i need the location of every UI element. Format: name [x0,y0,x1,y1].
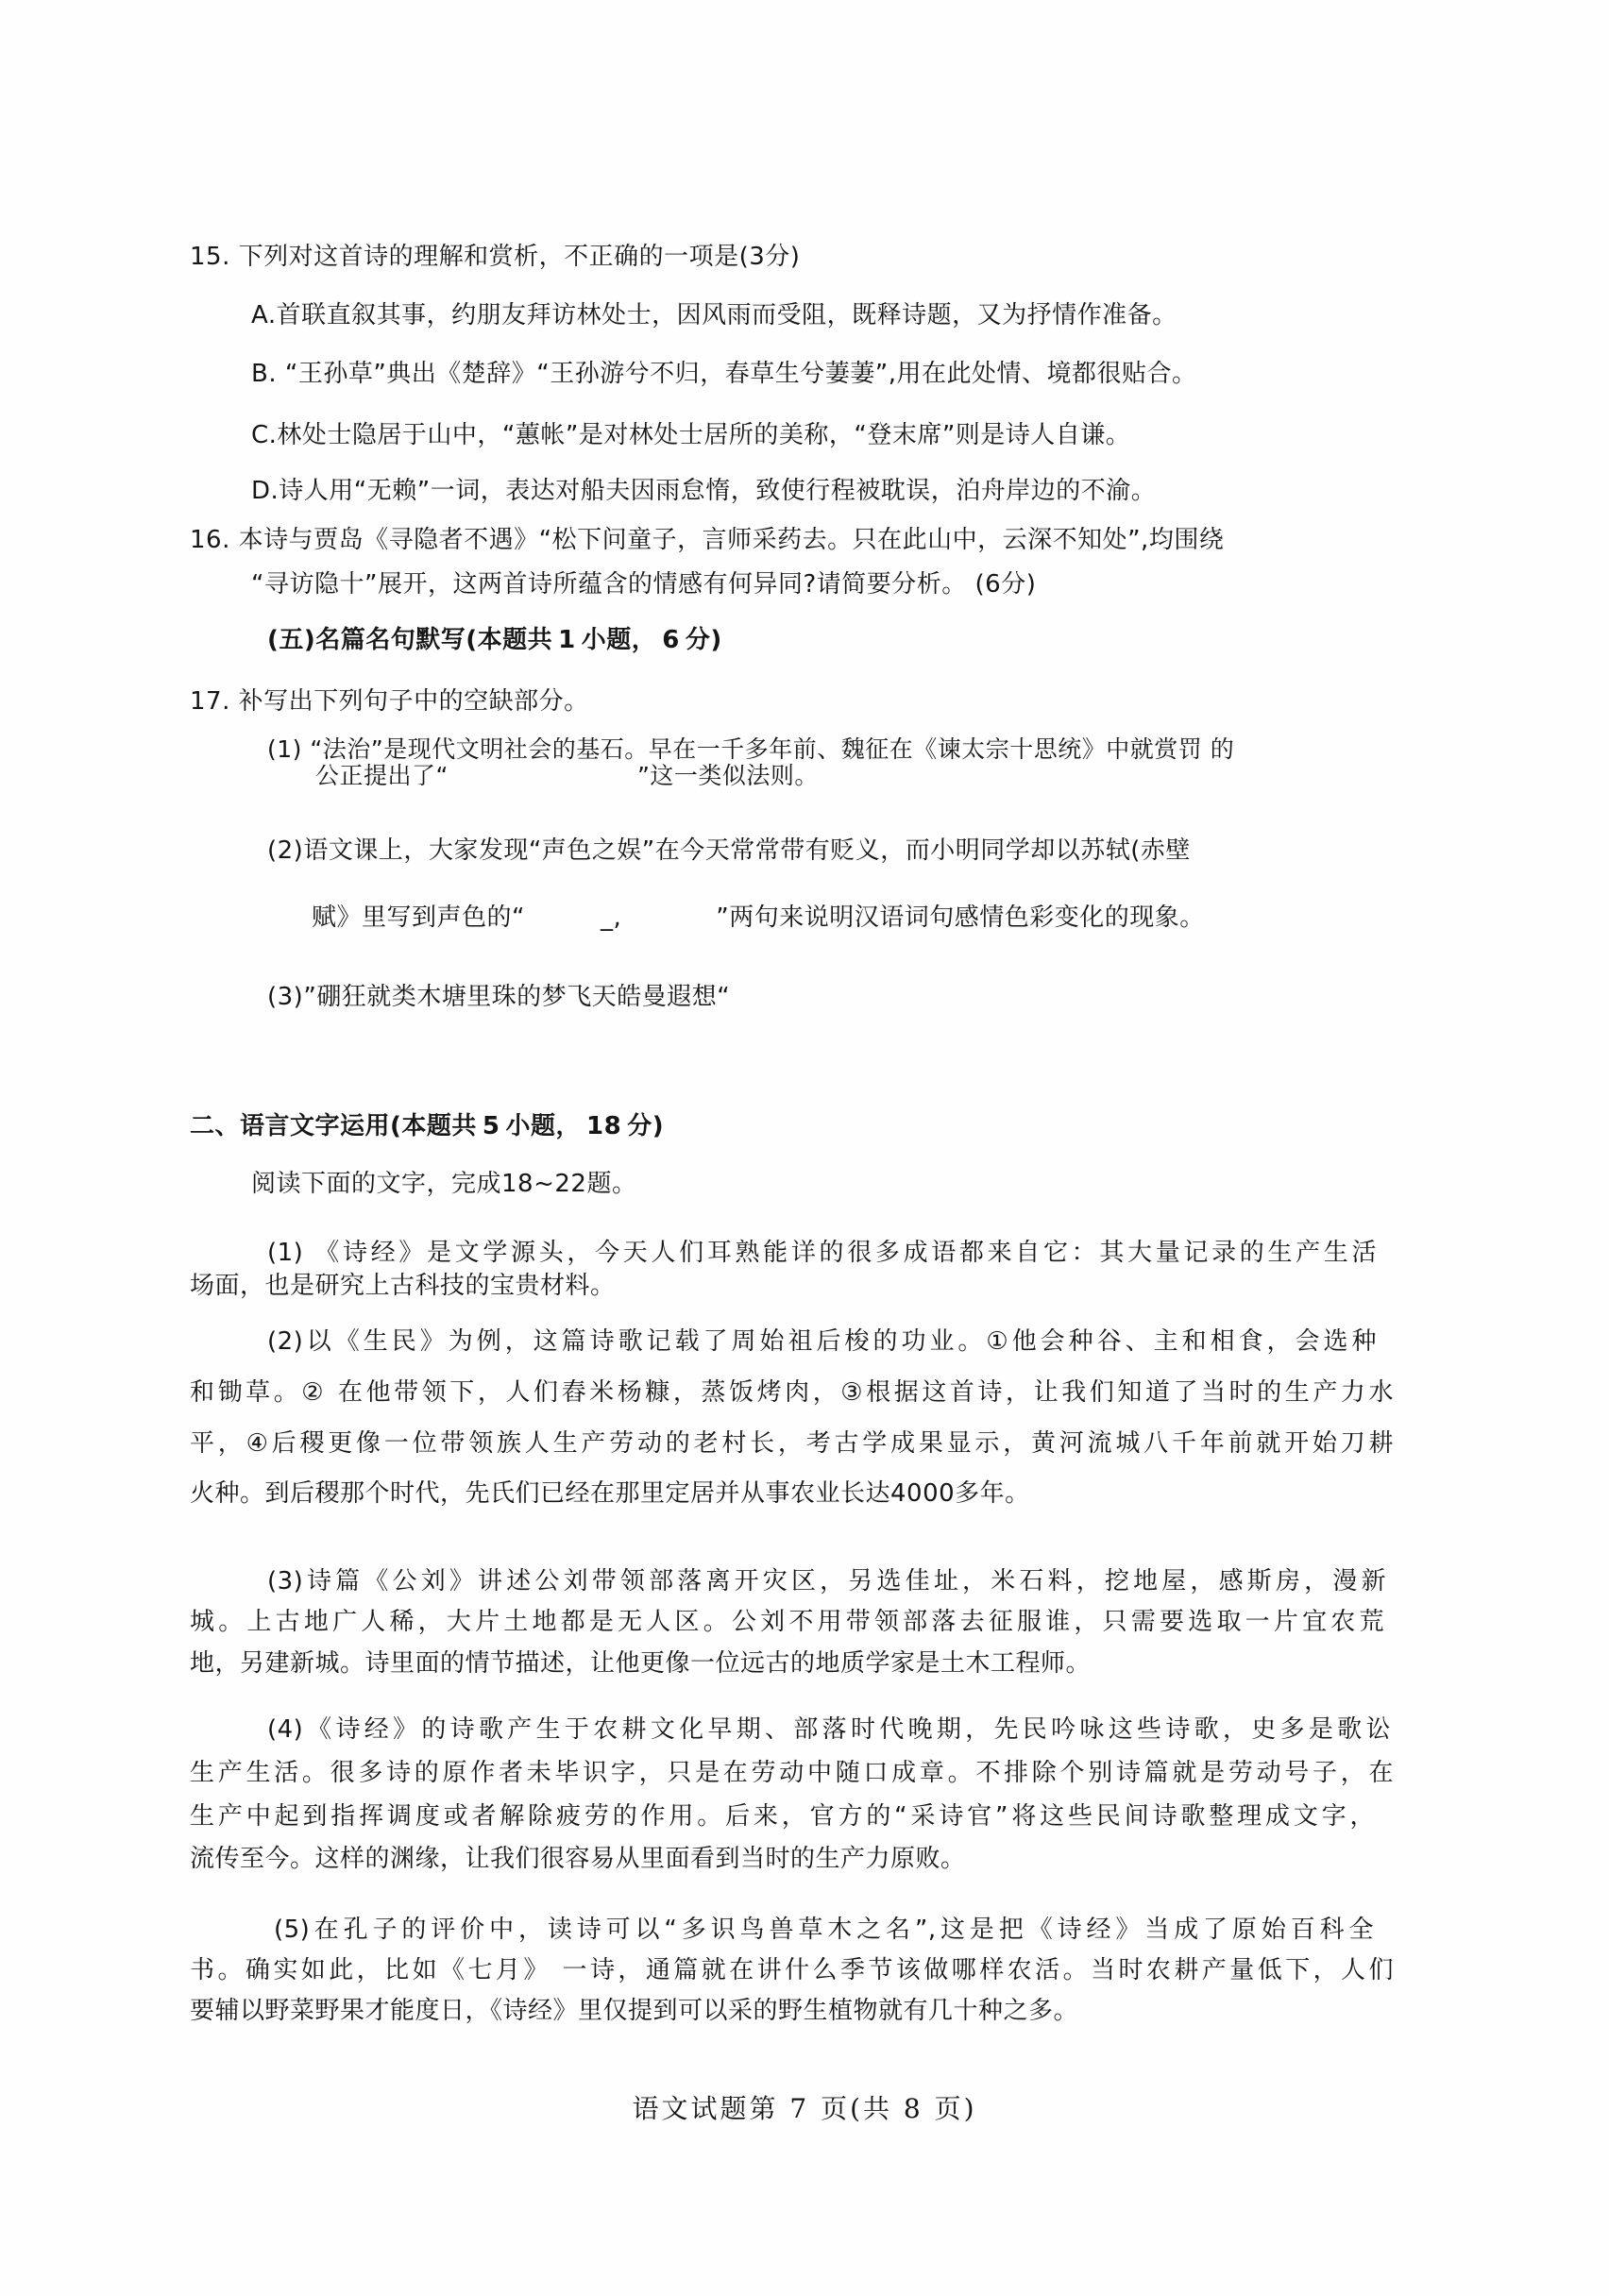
passage-p2-line-1: (2)以《生民》为例，这篇诗歌记载了周始祖后梭的功业。①他会种谷、主和相食，会选… [267,1326,1377,1357]
q15-stem: 15. 下列对这首诗的理解和赏析，不正确的一项是(3分) [190,242,800,272]
section-2-count: 5 [483,1112,500,1140]
passage-p1-line-2: 场面，也是研究上古科技的宝贵材料。 [190,1271,616,1301]
passage-p4-line-1: (4)《诗经》的诗歌产生于农耕文化早期、部落时代晚期，先民吟咏这些诗歌，史多是歌… [267,1714,1391,1745]
q17-part-2-separator: _, [601,903,621,932]
section-2-suffix: 分) [627,1112,664,1140]
q17-part-3: (3)”硼狂就类木塘里珠的梦飞天皓曼遐想“ [267,982,730,1012]
q15-option-c: C.林处士隐居于山中，“蕙帐”是对林处士居所的美称，“登末席”则是诗人自谦。 [251,420,1130,450]
passage-p2-line-2: 和锄草。② 在他带领下，人们舂米杨糠，蒸饭烤肉，③根据这首诗，让我们知道了当时的… [190,1377,1394,1408]
q15-option-d: D.诗人用“无赖”一词，表达对船夫因雨怠惰，致使行程被耽误，泊舟岸边的不渝。 [251,476,1156,506]
q16-line-1: 16. 本诗与贾岛《寻隐者不遇》“松下问童子，言师采药去。只在此山中，云深不知处… [190,525,1224,555]
q15-option-b: B. “王孙草”典出《楚辞》“王孙游兮不归，春草生兮萋萋”,用在此处情、境都很贴… [251,359,1197,389]
q17-part-2-line-2: 赋》里写到声色的“_,”两句来说明汉语词句感情色彩变化的现象。 [312,903,1205,933]
passage-p5-line-2: 书。确实如此，比如《七月》 一诗，通篇就在讲什么季节该做哪样农活。当时农耕产量低… [190,1955,1394,1985]
section-5-points: 6 [662,626,680,654]
section-5-suffix: 分) [686,626,722,654]
q17-part-2-text-b: ”两句来说明汉语词句感情色彩变化的现象。 [716,903,1204,932]
section-2-heading: 二、语言文字运用(本题共5小题，18分) [190,1111,664,1141]
q17-part-2-text-a: 赋》里写到声色的“ [312,903,525,932]
passage-p4-line-4: 流传至今。这样的渊缘，让我们很容易从里面看到当时的生产力原败。 [190,1844,966,1874]
section-2-mid: 小题， [505,1112,581,1140]
page-footer: 语文试题第 7 页(共 8 页) [0,2088,1609,2126]
passage-p1-line-1: (1) 《诗经》是文学源头，今天人们耳熟能详的很多成语都来自它：其大量记录的生产… [267,1238,1377,1268]
section-5-prefix: (五)名篇名句默写(本题共 [267,626,552,654]
q17-part-1-text-a: 公正提出了“ [315,762,449,789]
q17-part-1-text-b: ”这一类似法则。 [637,762,819,789]
passage-p3-line-3: 地，另建新城。诗里面的情节描述，让他更像一位远古的地质学家是土木工程师。 [190,1648,1091,1679]
section-5-heading: (五)名篇名句默写(本题共1小题，6分) [267,625,722,655]
passage-p4-line-3: 生产中起到指挥调度或者解除疲劳的作用。后来，官方的“采诗官”将这些民间诗歌整理成… [190,1801,1375,1832]
section-5-mid: 小题， [582,626,657,654]
q15-option-a: A.首联直叙其事，约朋友拜访林处士，因风雨而受阻，既释诗题，又为抒情作准备。 [251,300,1177,330]
section-2-prefix: 二、语言文字运用(本题共 [190,1112,477,1140]
passage-p4-line-2: 生产生活。很多诗的原作者未毕识字，只是在劳动中随口成章。不排除个别诗篇就是劳动号… [190,1758,1394,1788]
passage-p5-line-3: 要辅以野菜野果才能度日，《诗经》里仅提到可以采的野生植物就有几十种之多。 [190,1996,1078,2026]
q17-part-1-line-2: 公正提出了“”这一类似法则。 [315,761,819,791]
section-5-count: 1 [558,626,576,654]
q17-stem: 17. 补写出下列句子中的空缺部分。 [190,686,589,717]
passage-p3-line-2: 城。上古地广人稀，大片土地都是无人区。公刘不用带领部落去征服谁，只需要选取一片宜… [190,1607,1384,1637]
q16-line-2: “寻访隐十”展开，这两首诗所蕴含的情感有何异同?请简要分析。 (6分) [251,569,1036,599]
section-2-points: 18 [586,1112,621,1140]
q17-part-2-line-1: (2)语文课上，大家发现“声色之娱”在今天常常带有贬义，而小明同学却以苏轼(赤壁 [267,836,1191,866]
passage-p2-line-4: 火种。到后稷那个时代，先氏们已经在那里定居并从事农业长达4000多年。 [190,1478,1030,1509]
passage-p2-line-3: 平，④后稷更像一位带领族人生产劳动的老村长，考古学成果显示，黄河流城八千年前就开… [190,1428,1394,1459]
reading-instruction: 阅读下面的文字，完成18~22题。 [251,1169,636,1199]
passage-p3-line-1: (3)诗篇《公刘》讲述公刘带领部落离开灾区，另选佳址，米石料，挖地屋，感斯房，漫… [267,1566,1386,1596]
passage-p5-line-1: (5)在孔子的评价中，读诗可以“多识鸟兽草木之名”,这是把《诗经》当成了原始百科… [274,1915,1374,1945]
